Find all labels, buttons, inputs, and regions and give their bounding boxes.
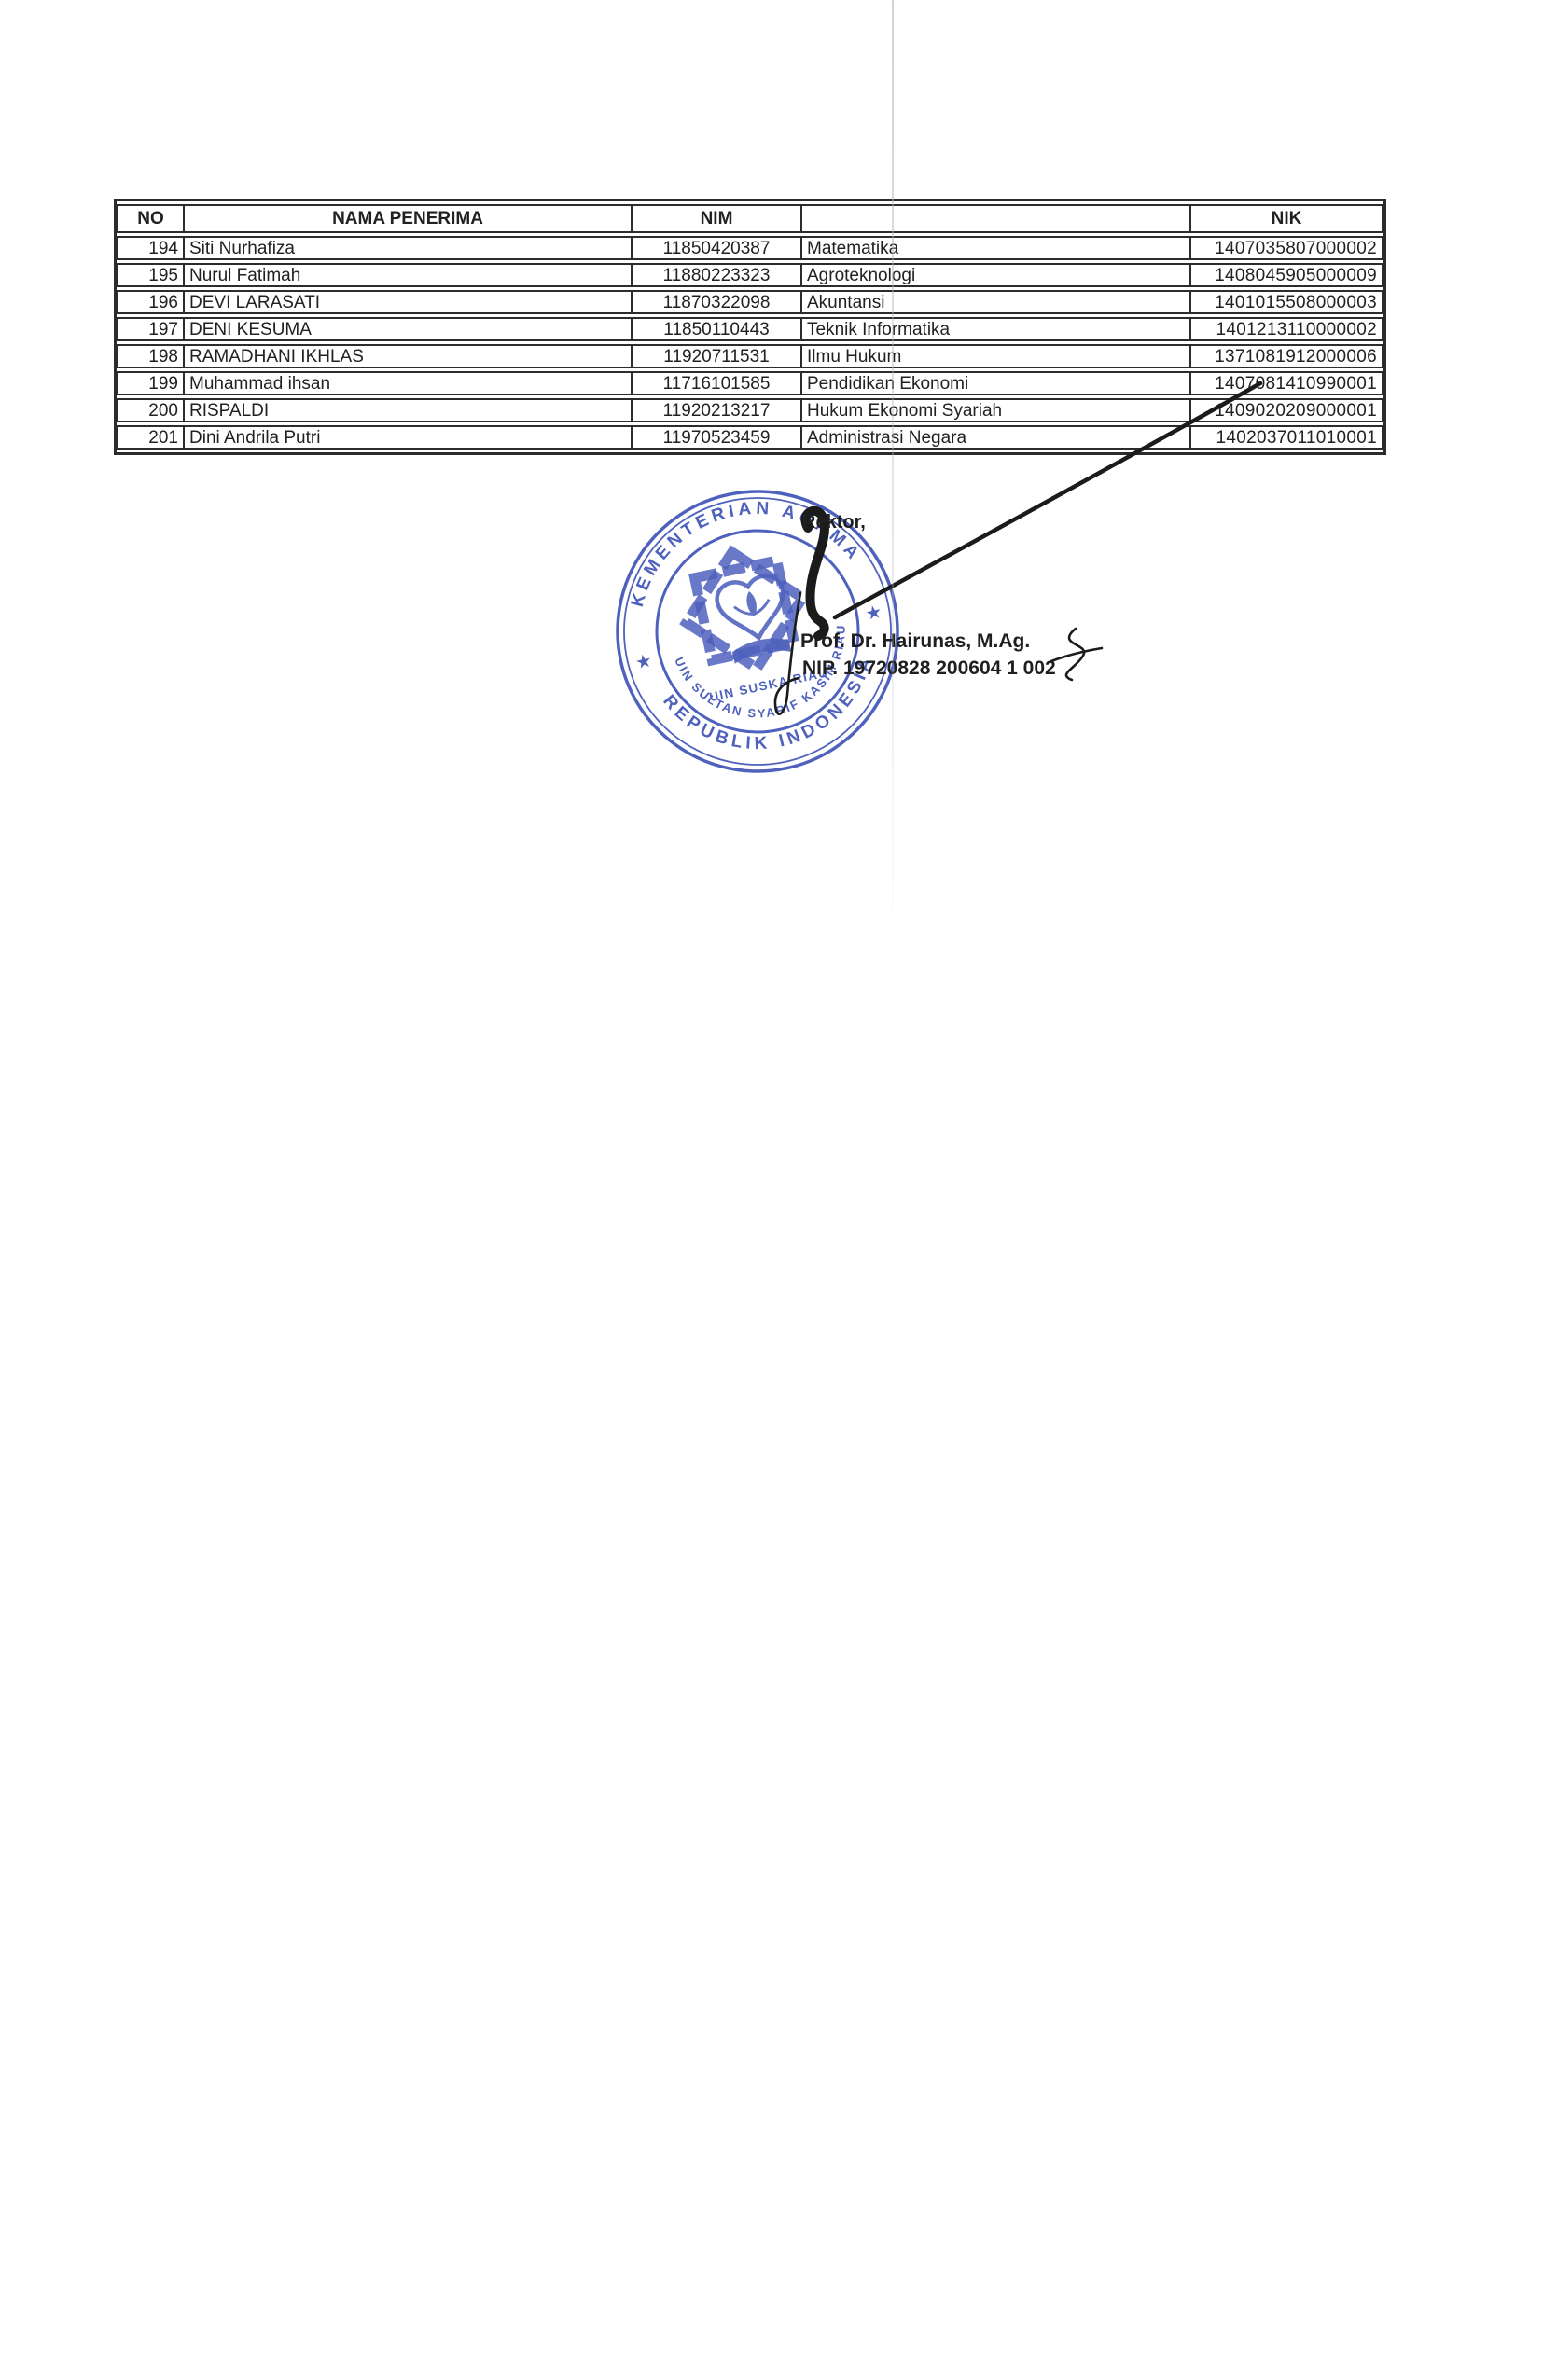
cell-nik: 1407035807000002 <box>1189 236 1383 260</box>
cell-nama-penerima: Muhammad ihsan <box>183 371 631 395</box>
cell-no: 194 <box>117 236 183 260</box>
cell-nim: 11970523459 <box>631 425 800 450</box>
scanned-page: NO NAMA PENERIMA NIM NIK 194 Siti Nurhaf… <box>0 0 1557 2380</box>
cell-no: 196 <box>117 290 183 314</box>
cell-nim: 11716101585 <box>631 371 800 395</box>
cell-nim: 11920711531 <box>631 344 800 368</box>
header-nama-penerima: NAMA PENERIMA <box>183 204 631 233</box>
cell-nik: 1371081912000006 <box>1189 344 1383 368</box>
signature-stroke-thin <box>775 593 800 714</box>
table-row: 201 Dini Andrila Putri 11970523459 Admin… <box>117 425 1383 450</box>
cell-nik: 1408045905000009 <box>1189 263 1383 287</box>
cell-nama-penerima: Nurul Fatimah <box>183 263 631 287</box>
cell-no: 197 <box>117 317 183 341</box>
paper-fold-line <box>892 0 894 951</box>
cell-program-studi: Matematika <box>800 236 1189 260</box>
stamp-arc-top-text: KEMENTERIAN AGAMA <box>611 477 867 613</box>
table-body: 194 Siti Nurhafiza 11850420387 Matematik… <box>117 236 1383 450</box>
cell-nim: 11850420387 <box>631 236 800 260</box>
recipients-table: NO NAMA PENERIMA NIM NIK 194 Siti Nurhaf… <box>114 199 1386 455</box>
cell-nik: 1409020209000001 <box>1189 398 1383 422</box>
table-row: 198 RAMADHANI IKHLAS 11920711531 Ilmu Hu… <box>117 344 1383 368</box>
table-row: 200 RISPALDI 11920213217 Hukum Ekonomi S… <box>117 398 1383 422</box>
table-row: 199 Muhammad ihsan 11716101585 Pendidika… <box>117 371 1383 395</box>
cell-nik: 1401015508000003 <box>1189 290 1383 314</box>
table-row: 194 Siti Nurhafiza 11850420387 Matematik… <box>117 236 1383 260</box>
cell-program-studi: Akuntansi <box>800 290 1189 314</box>
cell-nama-penerima: RISPALDI <box>183 398 631 422</box>
cell-no: 200 <box>117 398 183 422</box>
cell-nim: 11850110443 <box>631 317 800 341</box>
stamp-star-left-icon: ★ <box>635 652 654 672</box>
stamp-emblem <box>714 573 796 665</box>
cell-nik: 1407081410990001 <box>1189 371 1383 395</box>
table-row: 197 DENI KESUMA 11850110443 Teknik Infor… <box>117 317 1383 341</box>
signatory-nip: NIP. 19720828 200604 1 002 <box>802 657 1056 680</box>
cell-nik: 1402037011010001 <box>1189 425 1383 450</box>
stamp-eight-point-star-icon <box>674 540 815 681</box>
initials-paraf <box>1051 629 1102 680</box>
cell-program-studi: Administrasi Negara <box>800 425 1189 450</box>
cell-nama-penerima: RAMADHANI IKHLAS <box>183 344 631 368</box>
cell-nim: 11870322098 <box>631 290 800 314</box>
header-nik: NIK <box>1189 204 1383 233</box>
header-nim: NIM <box>631 204 800 233</box>
cell-nama-penerima: DENI KESUMA <box>183 317 631 341</box>
table-row: 196 DEVI LARASATI 11870322098 Akuntansi … <box>117 290 1383 314</box>
table-row: 195 Nurul Fatimah 11880223323 Agroteknol… <box>117 263 1383 287</box>
cell-program-studi: Agroteknologi <box>800 263 1189 287</box>
cell-program-studi: Ilmu Hukum <box>800 344 1189 368</box>
cell-nama-penerima: Siti Nurhafiza <box>183 236 631 260</box>
cell-no: 198 <box>117 344 183 368</box>
signatory-name: Prof. Dr. Hairunas, M.Ag. <box>800 630 1030 653</box>
cell-nama-penerima: DEVI LARASATI <box>183 290 631 314</box>
cell-nik: 1401213110000002 <box>1189 317 1383 341</box>
table-header-row: NO NAMA PENERIMA NIM NIK <box>117 204 1383 233</box>
cell-no: 199 <box>117 371 183 395</box>
header-program-studi <box>800 204 1189 233</box>
cell-program-studi: Pendidikan Ekonomi <box>800 371 1189 395</box>
cell-program-studi: Teknik Informatika <box>800 317 1189 341</box>
signature-role-label: Rektor, <box>802 512 866 533</box>
cell-nim: 11920213217 <box>631 398 800 422</box>
cell-program-studi: Hukum Ekonomi Syariah <box>800 398 1189 422</box>
stamp-star-right-icon: ★ <box>865 602 883 623</box>
cell-nama-penerima: Dini Andrila Putri <box>183 425 631 450</box>
cell-nim: 11880223323 <box>631 263 800 287</box>
cell-no: 201 <box>117 425 183 450</box>
cell-no: 195 <box>117 263 183 287</box>
header-no: NO <box>117 204 183 233</box>
